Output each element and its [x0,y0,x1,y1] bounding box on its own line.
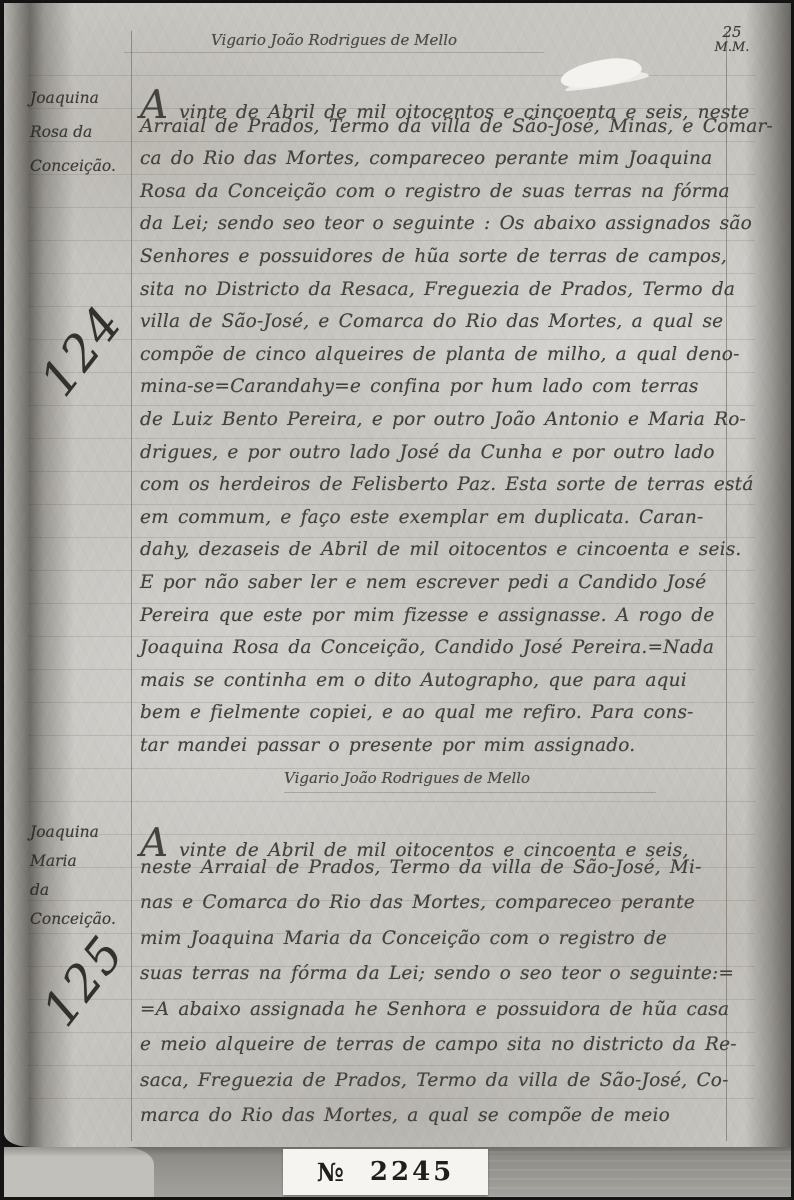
archival-number-label: № 2245 [283,1149,488,1195]
text-line: Joaquina [30,89,132,123]
text-line: ca do Rio das Mortes, compareceo perante… [140,148,726,181]
text-line: e meio alqueire de terras de campo sita … [140,1034,726,1070]
scanned-document-page: Vigario João Rodrigues de Mello 25 M.M. … [0,0,794,1200]
text-line: Arraial de Prados, Termo da villa de São… [140,116,726,149]
text-line: dahy, dezaseis de Abril de mil oitocento… [140,539,726,572]
record-number-text: 125 [32,925,136,1036]
text-line: Conceição. [30,157,132,191]
text-line: em commum, e faço este exemplar em dupli… [140,507,726,540]
text-line: com os herdeiros de Felisberto Paz. Esta… [140,474,726,507]
text-line: Pereira que este por mim fizesse e assig… [140,605,726,638]
text-line: Maria [30,852,132,881]
scan-bottom-band: № 2245 [4,1147,791,1197]
text-line: suas terras na fórma da Lei; sendo o seo… [140,963,726,999]
text-line: E por não saber ler e nem escrever pedi … [140,572,726,605]
paper-sheet: Vigario João Rodrigues de Mello 25 M.M. … [4,3,791,1147]
text-line: drigues, e por outro lado José da Cunha … [140,442,726,475]
land-registry-entry-2: A vinte de Abril de mil oitocentos e cin… [140,821,726,1141]
text-line: de Luiz Bento Pereira, e por outro João … [140,409,726,442]
record-number-text: 124 [30,295,134,406]
text-line: da Lei; sendo seo teor o seguinte : Os a… [140,213,726,246]
record-number-125: 125 [24,921,144,1041]
text-line: mim Joaquina Maria da Conceição com o re… [140,928,726,964]
archival-number: 2245 [370,1157,454,1187]
land-registry-entry-1: A vinte de Abril de mil oitocentos e cin… [140,83,726,767]
text-line: =A abaixo assignada he Senhora e possuid… [140,999,726,1035]
margin-note-declarant-1: JoaquinaRosa daConceição. [30,89,132,191]
text-line: nas e Comarca do Rio das Mortes, compare… [140,892,726,928]
numero-sign: № [317,1158,344,1187]
text-line: mina-se=Carandahy=e confina por hum lado… [140,376,726,409]
text-line: Senhores e possuidores de hũa sorte de t… [140,246,726,279]
text-line: Rosa da [30,123,132,157]
text-line: A vinte de Abril de mil oitocentos e cin… [140,83,726,116]
folio-number-block: 25 M.M. [700,23,764,55]
text-line: compõe de cinco alqueires de planta de m… [140,344,726,377]
text-line: marca do Rio das Mortes, a qual se compõ… [140,1105,726,1141]
text-line: Joaquina [30,823,132,852]
text-line: mais se continha em o dito Autographo, q… [140,670,726,703]
text-line: Rosa da Conceição com o registro de suas… [140,181,726,214]
vicar-signature: Vigario João Rodrigues de Mello [284,769,656,793]
band-right-segment [488,1151,791,1197]
text-line: sita no Districto da Resaca, Freguezia d… [140,279,726,312]
folio-rubric: M.M. [700,40,764,55]
page-header-vicar-name: Vigario João Rodrigues de Mello [124,31,544,53]
record-number-124: 124 [22,291,142,411]
text-line: da [30,881,132,910]
text-line: villa de São-José, e Comarca do Rio das … [140,311,726,344]
text-line: neste Arraial de Prados, Termo da villa … [140,857,726,893]
text-line: A vinte de Abril de mil oitocentos e cin… [140,821,726,857]
page-bottom-corner [4,1147,154,1197]
folio-number: 25 [700,23,764,41]
text-line: bem e fielmente copiei, e ao qual me ref… [140,702,726,735]
text-line: Joaquina Rosa da Conceição, Candido José… [140,637,726,670]
text-line: saca, Freguezia de Prados, Termo da vill… [140,1070,726,1106]
text-line: tar mandei passar o presente por mim ass… [140,735,726,768]
